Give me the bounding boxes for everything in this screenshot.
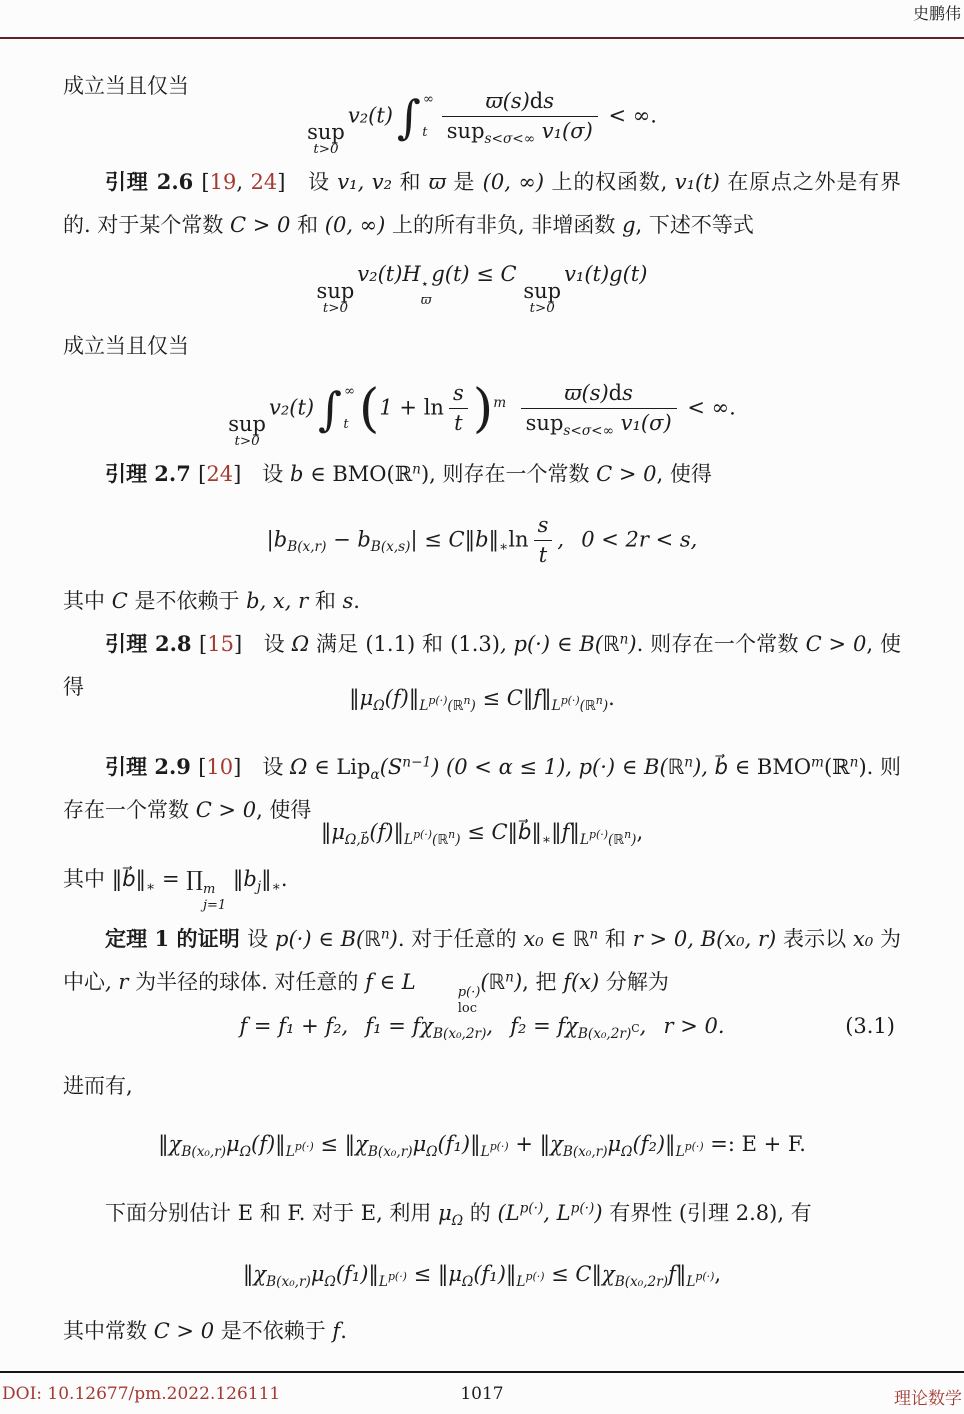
math-italic: b ∈ (290, 462, 332, 486)
math-roman: Lip (336, 755, 370, 779)
cjk-text: 其中 (63, 867, 112, 891)
cjk-text: 是不依赖于 (214, 1319, 332, 1343)
bold-heading: 定理 1 的证明 (105, 926, 247, 951)
math-italic: s (622, 381, 633, 405)
math-italic: p(·) (695, 1270, 714, 1283)
cjk-text: 和 (392, 170, 429, 194)
math-italic: , f₂ = fχ (486, 1014, 578, 1038)
paragraph-iff-2: 成立当且仅当 (63, 325, 901, 368)
superscript: p(·) (571, 1201, 595, 1217)
math-italic: m (493, 395, 506, 411)
cjk-text: 和 (290, 213, 324, 237)
math-italic: t>0 (323, 301, 348, 316)
math-italic: v₂(t)H (357, 262, 420, 286)
header-author: 史鹏伟 (913, 1, 961, 24)
math-italic: p(·) (561, 694, 580, 707)
math-italic: t (343, 417, 348, 432)
cjk-text: 上的所有非负, 非增函数 (385, 213, 622, 237)
math-italic: ϖ(s) (564, 381, 608, 405)
math-italic: (ℝ (580, 698, 596, 714)
math-roman: E (361, 1201, 376, 1225)
cjk-text: , 利用 (376, 1201, 438, 1225)
math-italic: (ℝ (432, 832, 448, 848)
equation-3-1-decomposition: f = f₁ + f₂, f₁ = fχB(x₀,2r), f₂ = fχB(x… (63, 1014, 901, 1038)
fraction: ϖ(s)dssups<σ<∞ v₁(σ) (521, 380, 677, 438)
math-italic: x₀ ∈ ℝ (523, 927, 589, 951)
cjk-text: 进而有, (63, 1074, 133, 1098)
math-italic: v₁(t)g(t) (564, 262, 647, 286)
math-italic: ‖μ (349, 686, 373, 710)
cjk-text: 设 (241, 755, 290, 779)
math-italic: ϖ (429, 170, 446, 194)
subscript: Lp(·)(ℝn) (552, 698, 609, 714)
cjk-text: , 把 (522, 970, 563, 994)
math-italic: (f)‖ (369, 820, 404, 844)
math-italic: ‖μ (321, 820, 345, 844)
math-italic: ϖ(s) (486, 89, 530, 113)
cjk-text: . (340, 1319, 347, 1343)
math-italic: α (370, 767, 379, 783)
math-italic: b, x, r (246, 589, 308, 613)
superscript: p(·) (388, 1270, 407, 1283)
math-italic: v₁, v₂ (337, 170, 392, 194)
math-italic: B(x₀,r) (563, 1144, 608, 1160)
math-roman: C (631, 1022, 639, 1035)
math-italic: Ω (426, 1144, 437, 1160)
sup-limit: supt>0 (307, 121, 345, 157)
math-italic: g (622, 213, 635, 237)
sup-limit: supt>0 (317, 280, 355, 316)
math-roman: ∞ (423, 92, 434, 107)
subscript: α (370, 767, 379, 783)
bold-heading: 引理 2.9 (105, 754, 198, 779)
subscript: ∗ (146, 879, 155, 895)
math-italic: t (422, 125, 427, 140)
math-roman: , (714, 1262, 721, 1286)
math-italic: v₂(t) (348, 103, 393, 127)
citation-link[interactable]: 24 (206, 462, 233, 486)
math-italic: p(·) (295, 1140, 314, 1153)
cjk-text: 设 (242, 632, 292, 656)
equation-E-plus-F: ‖χB(x₀,r)μΩ(f)‖Lp(·) ≤ ‖χB(x₀,r)μΩ(f₁)‖L… (63, 1132, 901, 1156)
math-italic: μ (608, 1132, 622, 1156)
math-italic: Ω (621, 1144, 632, 1160)
math-italic: ≤ C‖f‖ (476, 686, 552, 710)
math-italic: Ω (452, 1213, 463, 1229)
math-roman: [ (199, 632, 207, 656)
math-italic: r > 0 (633, 927, 688, 951)
math-italic: p(·) (428, 694, 447, 707)
paragraph-lemma-2-6: 引理 2.6 [19, 24] 设 v₁, v₂ 和 ϖ 是 (0, ∞) 上的… (63, 160, 901, 247)
subscript: B(x₀,r) (266, 1274, 311, 1290)
subscript: B(x₀,2r) (433, 1026, 486, 1042)
subscript: Ω (462, 1274, 473, 1290)
math-italic: ϖ (421, 293, 432, 308)
subscript: ∗ (499, 539, 508, 555)
math-italic: n−1 (402, 755, 431, 771)
superscript: m (811, 755, 824, 771)
math-italic: B(x₀,2r) (578, 1026, 631, 1042)
citation-link[interactable]: 10 (206, 755, 233, 779)
cjk-text: , 使得 (657, 462, 712, 486)
citation-link[interactable]: 19 (210, 170, 237, 194)
math-roman (506, 395, 517, 419)
math-italic: x₀ (853, 927, 873, 951)
bold-heading: 引理 2.8 (105, 631, 199, 656)
subscript: B(x,s) (371, 539, 411, 555)
math-italic: g(t) ≤ C (431, 262, 523, 286)
math-roman: ln (424, 395, 444, 419)
math-italic: n (412, 462, 421, 478)
header-rule (0, 37, 964, 39)
math-italic: = ∏ (155, 867, 203, 891)
script-stack: mj=1 (203, 882, 226, 915)
math-italic: ) (628, 632, 636, 656)
cjk-text: 有界性 (引理 2.8), 有 (603, 1201, 812, 1225)
math-italic: μ (226, 1132, 240, 1156)
math-italic: (f₂)‖ (632, 1132, 675, 1156)
math-italic: Ω (325, 1274, 336, 1290)
math-roman: E (238, 1201, 253, 1225)
math-italic: v₁(t) (675, 170, 720, 194)
math-italic: (f₁)‖ (336, 1262, 379, 1286)
math-italic: (f)‖ (251, 1132, 286, 1156)
math-italic: C (112, 589, 128, 613)
superscript: p(·) (561, 694, 580, 707)
math-italic: | ≤ C‖b‖ (411, 527, 500, 551)
math-italic: L (481, 1144, 490, 1160)
math-italic: L (580, 832, 589, 848)
subscript: Ω (240, 1144, 251, 1160)
math-italic: C > 0 (230, 213, 290, 237)
math-italic: μ (413, 1132, 427, 1156)
math-roman: ∗ (272, 879, 281, 895)
math-italic: f = f₁ + f₂, f₁ = fχ (239, 1014, 433, 1038)
math-italic: , r > 0. (640, 1014, 725, 1038)
cjk-text: , 使得 (256, 798, 311, 822)
math-italic: B(x₀,2r) (615, 1274, 668, 1290)
math-italic: t (454, 411, 462, 435)
cjk-text: 成立当且仅当 (63, 334, 189, 358)
math-italic: t>0 (235, 434, 260, 449)
fraction: st (533, 512, 554, 570)
math-italic: ‖b⃗‖ (112, 867, 146, 891)
math-italic: − b (326, 527, 370, 551)
math-roman: sup (523, 279, 561, 303)
math-italic: μ (311, 1262, 325, 1286)
superscript: p(·) (428, 694, 447, 707)
math-italic: f‖ (668, 1262, 686, 1286)
superscript: n (684, 755, 693, 771)
big-paren: ( (359, 378, 379, 439)
cjk-text: 设 (247, 927, 275, 951)
math-roman: . (608, 686, 615, 710)
math-italic: B(x₀,r) (266, 1274, 311, 1290)
superscript: n (596, 694, 603, 707)
math-roman: ∗ (542, 832, 551, 848)
math-italic: f ∈ L (365, 970, 416, 994)
citation-link[interactable]: 15 (207, 632, 234, 656)
math-roman: d (609, 381, 622, 405)
math-roman: sup (526, 411, 564, 435)
math-roman: d (530, 89, 543, 113)
paragraph-lemma-2-9: 引理 2.9 [10] 设 Ω ∈ Lipα(Sn−1) (0 < α ≤ 1)… (63, 745, 901, 832)
math-roman: (ℝ (824, 755, 850, 779)
fraction: ϖ(s)dssups<σ<∞ v₁(σ) (442, 88, 598, 146)
integral-sign: ∫∞t (318, 381, 355, 437)
cjk-text: . (353, 589, 360, 613)
math-italic: 1 + (379, 395, 423, 419)
math-italic: (0, ∞) (325, 213, 386, 237)
math-italic: C > 0 (806, 632, 867, 656)
math-italic: ), b⃗ ∈ (693, 755, 757, 779)
superscript: p(·) (295, 1140, 314, 1153)
math-italic: s<σ<∞ (485, 131, 536, 147)
math-italic: (f₁)‖ (438, 1132, 481, 1156)
math-italic: (ℝ (608, 832, 624, 848)
cjk-text: 的 (463, 1201, 497, 1225)
superscript: C (631, 1022, 639, 1035)
subscript: Lp(·)(ℝn) (580, 832, 637, 848)
cjk-text: , 则存在一个常数 (429, 462, 596, 486)
math-italic: t (539, 543, 547, 567)
math-italic: v₂(t) (269, 395, 314, 419)
math-italic: C > 0 (154, 1319, 214, 1343)
citation-link[interactable]: 24 (250, 170, 277, 194)
math-roman: ) (858, 755, 866, 779)
math-roman: ⋆ (421, 277, 429, 292)
subscript: B(x₀,2r)C (578, 1026, 640, 1042)
subscript: B(x₀,r) (368, 1144, 413, 1160)
paragraph-estimate-E-F: 下面分别估计 E 和 F. 对于 E, 利用 μΩ 的 (Lp(·), Lp(·… (63, 1192, 901, 1235)
math-roman: sup (317, 279, 355, 303)
superscript: n (412, 462, 421, 478)
subscript: Lp(·) (286, 1144, 314, 1160)
cjk-text: . 对于 (299, 1201, 361, 1225)
equation-E-bound: ‖χB(x₀,r)μΩ(f₁)‖Lp(·) ≤ ‖μΩ(f₁)‖Lp(·) ≤ … (63, 1262, 901, 1286)
math-roman: . (281, 867, 288, 891)
subscript: Lp(·)(ℝn) (404, 832, 461, 848)
math-italic: s (543, 89, 554, 113)
math-italic: ≤ ‖χ (314, 1132, 368, 1156)
math-italic: Ω (240, 1144, 251, 1160)
subscript: Ω,b⃗ (345, 832, 369, 848)
math-italic: ‖b (226, 867, 257, 891)
math-roman: ∗ (146, 879, 155, 895)
math-italic: ‖χ (158, 1132, 181, 1156)
math-italic: B(x₀,r) (181, 1144, 226, 1160)
subscript: Ω (621, 1144, 632, 1160)
math-italic: (f)‖ (385, 686, 420, 710)
math-italic: |b (267, 527, 288, 551)
subscript: Lp(·) (481, 1144, 509, 1160)
subscript: Ω (426, 1144, 437, 1160)
cjk-text: 和 (253, 1201, 287, 1225)
paragraph-further: 进而有, (63, 1065, 901, 1108)
equation-mu-boundedness: ‖μΩ(f)‖Lp(·)(ℝn) ≤ C‖f‖Lp(·)(ℝn). (63, 686, 901, 710)
equation-weight-condition-log: supt>0v₂(t)∫∞t(1 + lnst)m ϖ(s)dssups<σ<∞… (63, 380, 901, 449)
subscript: ∗ (542, 832, 551, 848)
math-italic: s (538, 513, 549, 537)
big-paren: ) (473, 378, 493, 439)
math-italic: p(·) (458, 985, 481, 1000)
subscript: Lp(·) (379, 1274, 407, 1290)
math-italic: p(·) (490, 1140, 509, 1153)
math-italic: ‖χ (243, 1262, 266, 1286)
math-roman: < ∞. (681, 395, 736, 419)
paragraph-theorem-1-proof: 定理 1 的证明 设 p(·) ∈ B(ℝn). 对于任意的 x₀ ∈ ℝn 和… (63, 917, 901, 1018)
cjk-text: . 则存在一个常数 (637, 632, 806, 656)
math-italic: p(·) (520, 1201, 544, 1217)
math-roman: [ (201, 170, 209, 194)
math-roman: sup (447, 119, 485, 143)
footer-rule (0, 1371, 964, 1373)
math-italic: ≤ C‖b⃗‖ (461, 820, 542, 844)
superscript: p(·) (589, 828, 608, 841)
superscript: n (589, 927, 598, 943)
math-roman: BMO(ℝ (332, 462, 412, 486)
script-stack: p(·)loc (416, 985, 481, 1018)
subscript: Lp(·) (686, 1274, 714, 1290)
math-italic: f(x) (563, 970, 599, 994)
paragraph-constant-indep-bxrs: 其中 C 是不依赖于 b, x, r 和 s. (63, 580, 901, 623)
subscript: B(x₀,r) (563, 1144, 608, 1160)
math-roman: , (236, 170, 250, 194)
math-roman: , (636, 820, 643, 844)
math-italic: ≤ ‖μ (407, 1262, 462, 1286)
math-italic: Ω,b⃗ (345, 832, 369, 848)
equation-bmo-difference: |bB(x,r) − bB(x,s)| ≤ C‖b‖∗lnst, 0 < 2r … (63, 512, 901, 570)
cjk-text: . 对于任意的 (398, 927, 524, 951)
subscript: Lp(·)(ℝn) (419, 698, 476, 714)
math-italic: , p(·) ∈ B(ℝ (500, 632, 620, 656)
subscript: B(x₀,2r) (615, 1274, 668, 1290)
equation-3-1-body: f = f₁ + f₂, f₁ = fχB(x₀,2r), f₂ = fχB(x… (239, 1014, 724, 1038)
equation-weight-condition: supt>0v₂(t)∫∞tϖ(s)dssups<σ<∞ v₁(σ) < ∞. (63, 88, 901, 157)
superscript: p(·) (520, 1201, 544, 1217)
cjk-text: 其中常数 (63, 1319, 154, 1343)
cjk-text: , 下述不等式 (636, 213, 754, 237)
math-italic: (ℝ (480, 970, 505, 994)
math-italic: B(x₀,2r) (433, 1026, 486, 1042)
math-italic: p(·) ∈ B(ℝ (275, 927, 381, 951)
sup-limit: supt>0 (228, 413, 266, 449)
math-italic: p(·) (413, 828, 432, 841)
bold-heading: 引理 2.7 (105, 461, 198, 486)
math-roman: (1.3) (450, 632, 500, 656)
math-italic: B(x,r) (287, 539, 326, 555)
superscript: p(·) (413, 828, 432, 841)
math-italic: s (343, 589, 354, 613)
footer-page-number: 1017 (0, 1384, 964, 1404)
subscript: B(x,r) (287, 539, 326, 555)
math-italic: p(·) (571, 1201, 595, 1217)
math-italic: ‖f‖ (551, 820, 580, 844)
math-italic: v₁(σ) (614, 411, 672, 435)
math-italic: n (505, 970, 514, 986)
math-italic: ‖ (261, 867, 272, 891)
subscript: ∗ (272, 879, 281, 895)
math-italic: s (453, 381, 464, 405)
math-italic: C > 0 (596, 462, 656, 486)
subscript: Lp(·) (676, 1144, 704, 1160)
fraction: st (448, 380, 469, 438)
math-italic: (L (497, 1201, 519, 1225)
math-roman: sup (307, 120, 345, 144)
math-italic: μ (438, 1201, 452, 1225)
equation-mu-commutator-boundedness: ‖μΩ,b⃗(f)‖Lp(·)(ℝn) ≤ C‖b⃗‖∗‖f‖Lp(·)(ℝn)… (63, 820, 901, 844)
math-italic: (ℝ (447, 698, 463, 714)
math-italic: (f₁)‖ (473, 1262, 516, 1286)
superscript: n (505, 970, 514, 986)
superscript: n−1 (402, 755, 431, 771)
cjk-text: 设 (285, 170, 337, 194)
cjk-text: 下面分别估计 (105, 1201, 238, 1225)
paragraph-lemma-2-7: 引理 2.7 [24] 设 b ∈ BMO(ℝn), 则存在一个常数 C > 0… (63, 452, 901, 496)
math-italic: m (811, 755, 824, 771)
script-stack: ⋆ϖ (421, 277, 432, 310)
integral-sign: ∫∞t (397, 89, 434, 145)
math-italic: n (596, 694, 603, 707)
math-italic: ) (0 < α ≤ 1), p(·) ∈ B(ℝ (431, 755, 684, 779)
subscript: s<σ<∞ (563, 423, 614, 439)
math-italic: , L (543, 1201, 570, 1225)
math-italic: p(·) (525, 1270, 544, 1283)
math-italic: (S (380, 755, 403, 779)
math-italic: , B(x₀, r) (687, 927, 776, 951)
bold-heading: 引理 2.6 (105, 169, 201, 194)
math-italic: Ω (373, 698, 384, 714)
paragraph-norm-product: 其中 ‖b⃗‖∗ = ∏mj=1 ‖bj‖∗. (63, 858, 901, 915)
math-italic: s<σ<∞ (563, 423, 614, 439)
math-italic: + ‖χ (509, 1132, 563, 1156)
math-italic: Ω (462, 1274, 473, 1290)
math-roman: =: E + F. (704, 1132, 806, 1156)
cjk-text: 设 (241, 462, 290, 486)
math-italic: , r (105, 970, 128, 994)
superscript: p(·) (685, 1140, 704, 1153)
subscript: B(x₀,r) (181, 1144, 226, 1160)
superscript: p(·) (525, 1270, 544, 1283)
cjk-text: 是不依赖于 (128, 589, 246, 613)
subscript: Ω (325, 1274, 336, 1290)
cjk-text: 是 (446, 170, 483, 194)
math-italic: Ω (292, 632, 309, 656)
math-italic: L (404, 832, 413, 848)
math-italic: L (676, 1144, 685, 1160)
cjk-text: 上的权函数, (544, 170, 675, 194)
math-italic: C > 0 (196, 798, 256, 822)
math-italic: Ω ∈ (290, 755, 336, 779)
math-roman: (1.1) (365, 632, 415, 656)
math-italic: t>0 (530, 301, 555, 316)
superscript: n (381, 927, 390, 943)
math-italic: n (463, 694, 470, 707)
math-italic: n (589, 927, 598, 943)
subscript: Ω (373, 698, 384, 714)
cjk-text: 满足 (309, 632, 365, 656)
subscript: Ω (452, 1213, 463, 1229)
math-roman: BMO (757, 755, 811, 779)
math-roman: ] (234, 632, 242, 656)
math-roman: ) (421, 462, 429, 486)
math-italic: (0, ∞) (483, 170, 544, 194)
math-italic: p(·) (589, 828, 608, 841)
sup-limit: supt>0 (523, 280, 561, 316)
cjk-text: 表示以 (776, 927, 853, 951)
math-italic: L (286, 1144, 295, 1160)
math-roman: ln (508, 527, 528, 551)
